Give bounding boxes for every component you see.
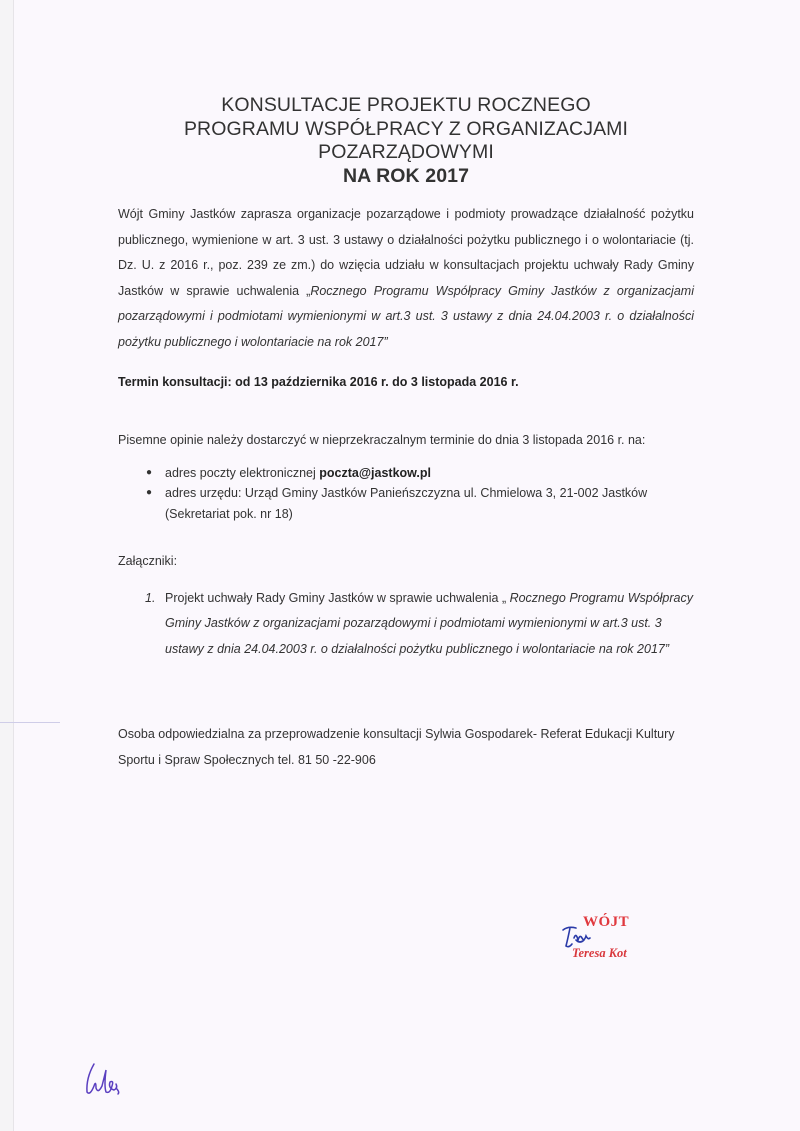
- attachments-list: 1. Projekt uchwały Rady Gminy Jastków w …: [118, 586, 694, 662]
- consultation-term: Termin konsultacji: od 13 października 2…: [118, 375, 694, 389]
- title-line-2: PROGRAMU WSPÓŁPRACY Z ORGANIZACJAMI: [184, 118, 628, 140]
- list-item-email: ● adres poczty elektronicznej poczta@jas…: [146, 463, 694, 484]
- attachment-number: 1.: [145, 586, 155, 611]
- submission-instructions: Pisemne opinie należy dostarczyć w niepr…: [118, 433, 694, 447]
- scan-artifact-line: [0, 722, 60, 723]
- scan-edge-strip: [0, 0, 14, 1131]
- stamp-name: Teresa Kot: [572, 946, 627, 961]
- bullet-icon: ●: [146, 463, 152, 484]
- document-title: KONSULTACJE PROJEKTU ROCZNEGO PROGRAMU W…: [118, 94, 694, 188]
- email-link[interactable]: poczta@jastkow.pl: [319, 466, 431, 480]
- attachment-item: 1. Projekt uchwały Rady Gminy Jastków w …: [145, 586, 694, 662]
- title-line-1: KONSULTACJE PROJEKTU ROCZNEGO: [221, 94, 590, 116]
- title-line-3: POZARZĄDOWYMI: [318, 141, 494, 163]
- attachment-text: Projekt uchwały Rady Gminy Jastków w spr…: [165, 591, 510, 605]
- title-line-4: NA ROK 2017: [343, 165, 469, 187]
- bullet-icon: ●: [146, 483, 152, 504]
- document-page: KONSULTACJE PROJEKTU ROCZNEGO PROGRAMU W…: [118, 94, 694, 773]
- address-list: ● adres poczty elektronicznej poczta@jas…: [118, 463, 694, 525]
- attachments-label: Załączniki:: [118, 554, 694, 568]
- mayor-stamp: WÓJT Teresa Kot: [560, 914, 670, 974]
- contact-person: Osoba odpowiedzialna za przeprowadzenie …: [118, 722, 694, 773]
- office-address: adres urzędu: Urząd Gminy Jastków Panień…: [165, 486, 647, 521]
- intro-paragraph: Wójt Gminy Jastków zaprasza organizacje …: [118, 202, 694, 356]
- list-item-office: ● adres urzędu: Urząd Gminy Jastków Pani…: [146, 483, 694, 524]
- paraph-signature-icon: [82, 1058, 124, 1102]
- email-label: adres poczty elektronicznej: [165, 466, 319, 480]
